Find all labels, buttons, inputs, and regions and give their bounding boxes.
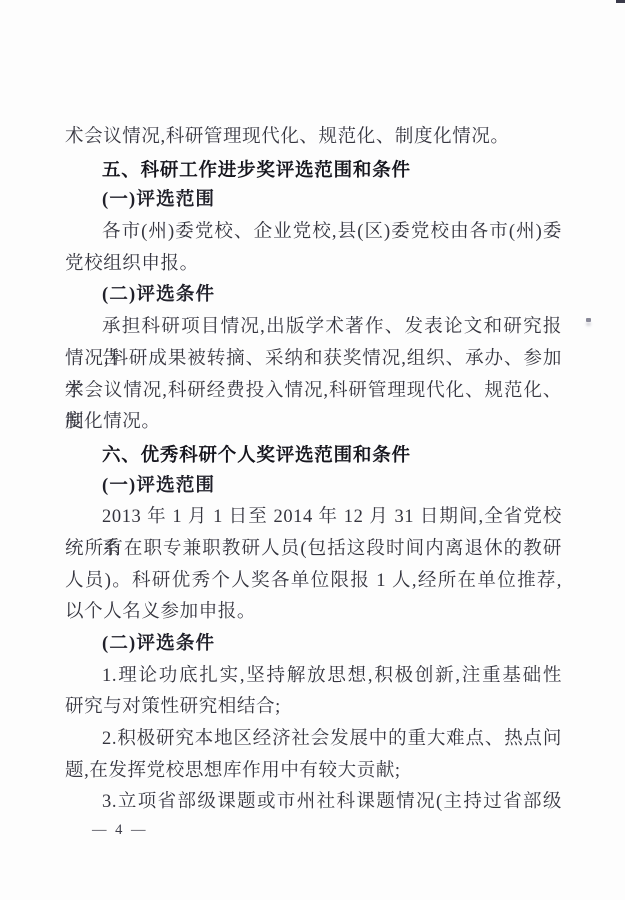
- section-heading: 六、优秀科研个人奖评选范围和条件: [65, 439, 562, 471]
- subsection-heading: (一)评选范围: [65, 185, 562, 217]
- scan-edge-artifact: [616, 0, 625, 3]
- body-line: 各市(州)委党校、企业党校,县(区)委党校由各市(州)委: [65, 217, 562, 249]
- body-line: 度化情况。: [65, 407, 562, 439]
- body-line: 术会议情况,科研管理现代化、规范化、制度化情况。: [65, 122, 562, 154]
- body-line: 情况,科研成果被转摘、采纳和获奖情况,组织、承办、参加学: [65, 344, 562, 376]
- document-page: 术会议情况,科研管理现代化、规范化、制度化情况。 五、科研工作进步奖评选范围和条…: [0, 0, 625, 900]
- body-line: 2.积极研究本地区经济社会发展中的重大难点、热点问: [65, 724, 562, 756]
- body-line: 2013 年 1 月 1 日至 2014 年 12 月 31 日期间,全省党校系: [65, 502, 562, 534]
- body-line: 以个人名义参加申报。: [65, 597, 562, 629]
- body-line: 3.立项省部级课题或市州社科课题情况(主持过省部级: [65, 787, 562, 819]
- body-line: 术会议情况,科研经费投入情况,科研管理现代化、规范化、制: [65, 376, 562, 408]
- body-line: 统所有在职专兼职教研人员(包括这段时间内离退休的教研: [65, 534, 562, 566]
- page-number: — 4 —: [92, 822, 148, 839]
- subsection-heading: (一)评选范围: [65, 471, 562, 503]
- section-heading: 五、科研工作进步奖评选范围和条件: [65, 154, 562, 186]
- body-line: 题,在发挥党校思想库作用中有较大贡献;: [65, 756, 562, 788]
- scan-speck-artifact: [586, 318, 591, 322]
- document-body: 术会议情况,科研管理现代化、规范化、制度化情况。 五、科研工作进步奖评选范围和条…: [65, 122, 562, 819]
- subsection-heading: (二)评选条件: [65, 629, 562, 661]
- subsection-heading: (二)评选条件: [65, 280, 562, 312]
- body-line: 研究与对策性研究相结合;: [65, 692, 562, 724]
- body-line: 承担科研项目情况,出版学术著作、发表论文和研究报告: [65, 312, 562, 344]
- body-line: 1.理论功底扎实,坚持解放思想,积极创新,注重基础性: [65, 661, 562, 693]
- body-line: 人员)。科研优秀个人奖各单位限报 1 人,经所在单位推荐,: [65, 566, 562, 598]
- body-line: 党校组织申报。: [65, 249, 562, 281]
